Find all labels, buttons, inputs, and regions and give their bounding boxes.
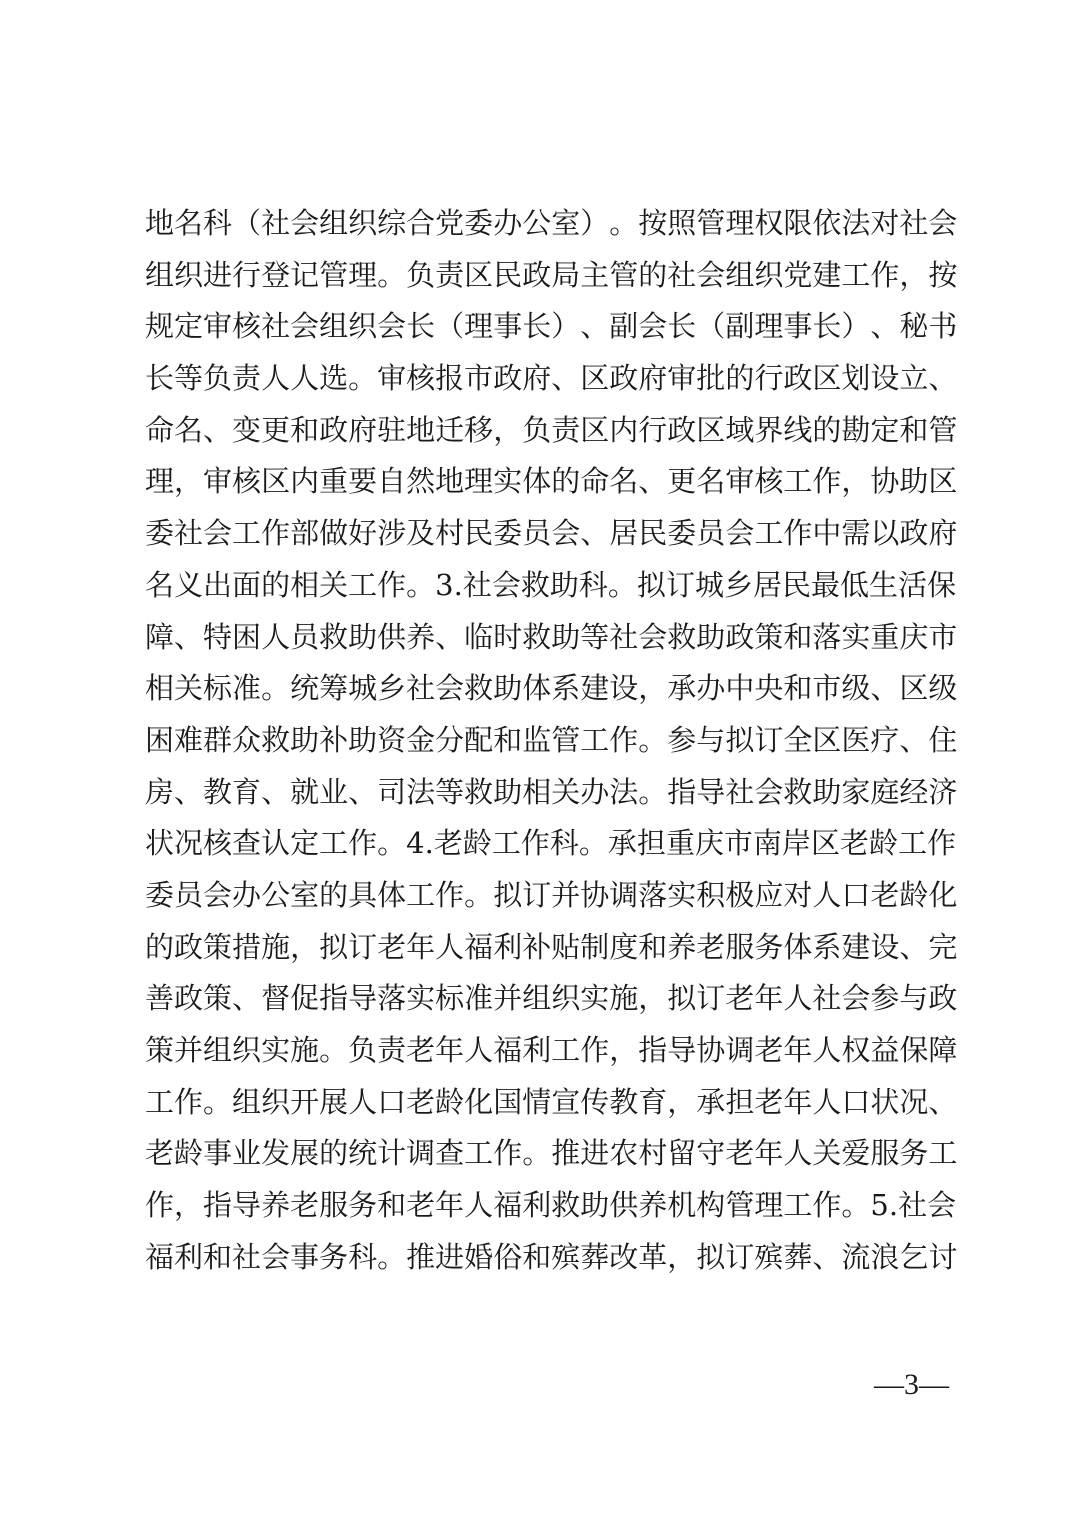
text-line: 障、特困人员救助供养、临时救助等社会救助政策和落实重庆市 — [145, 612, 941, 664]
text-line: 房、教育、就业、司法等救助相关办法。指导社会救助家庭经济 — [145, 767, 941, 819]
text-line: 的政策措施，拟订老年人福利补贴制度和养老服务体系建设、完 — [145, 922, 941, 974]
text-line: 名义出面的相关工作。3.社会救助科。拟订城乡居民最低生活保 — [145, 560, 941, 612]
text-line: 理，审核区内重要自然地理实体的命名、更名审核工作，协助区 — [145, 456, 941, 508]
text-line: 委员会办公室的具体工作。拟订并协调落实积极应对人口老龄化 — [145, 870, 941, 922]
text-line: 地名科（社会组织综合党委办公室）。按照管理权限依法对社会 — [145, 198, 941, 250]
text-line: 策并组织实施。负责老年人福利工作，指导协调老年人权益保障 — [145, 1025, 941, 1077]
text-line: 组织进行登记管理。负责区民政局主管的社会组织党建工作，按 — [145, 250, 941, 302]
text-line: 相关标准。统筹城乡社会救助体系建设，承办中央和市级、区级 — [145, 663, 941, 715]
text-line: 作，指导养老服务和老年人福利救助供养机构管理工作。5.社会 — [145, 1180, 941, 1232]
text-line: 规定审核社会组织会长（理事长）、副会长（副理事长）、秘书 — [145, 301, 941, 353]
page-number: —3— — [874, 1368, 949, 1402]
text-line: 长等负责人人选。审核报市政府、区政府审批的行政区划设立、 — [145, 353, 941, 405]
text-line: 困难群众救助补助资金分配和监管工作。参与拟订全区医疗、住 — [145, 715, 941, 767]
body-text: 地名科（社会组织综合党委办公室）。按照管理权限依法对社会 组织进行登记管理。负责… — [145, 198, 945, 1283]
text-line: 工作。组织开展人口老龄化国情宣传教育，承担老年人口状况、 — [145, 1077, 941, 1129]
text-line: 善政策、督促指导落实标准并组织实施，拟订老年人社会参与政 — [145, 973, 941, 1025]
text-line: 命名、变更和政府驻地迁移，负责区内行政区域界线的勘定和管 — [145, 405, 941, 457]
text-line: 老龄事业发展的统计调查工作。推进农村留守老年人关爱服务工 — [145, 1128, 941, 1180]
text-line: 委社会工作部做好涉及村民委员会、居民委员会工作中需以政府 — [145, 508, 941, 560]
document-page: 地名科（社会组织综合党委办公室）。按照管理权限依法对社会 组织进行登记管理。负责… — [0, 0, 1074, 1520]
text-line: 状况核查认定工作。4.老龄工作科。承担重庆市南岸区老龄工作 — [145, 818, 941, 870]
text-line: 福利和社会事务科。推进婚俗和殡葬改革，拟订殡葬、流浪乞讨 — [145, 1232, 941, 1284]
